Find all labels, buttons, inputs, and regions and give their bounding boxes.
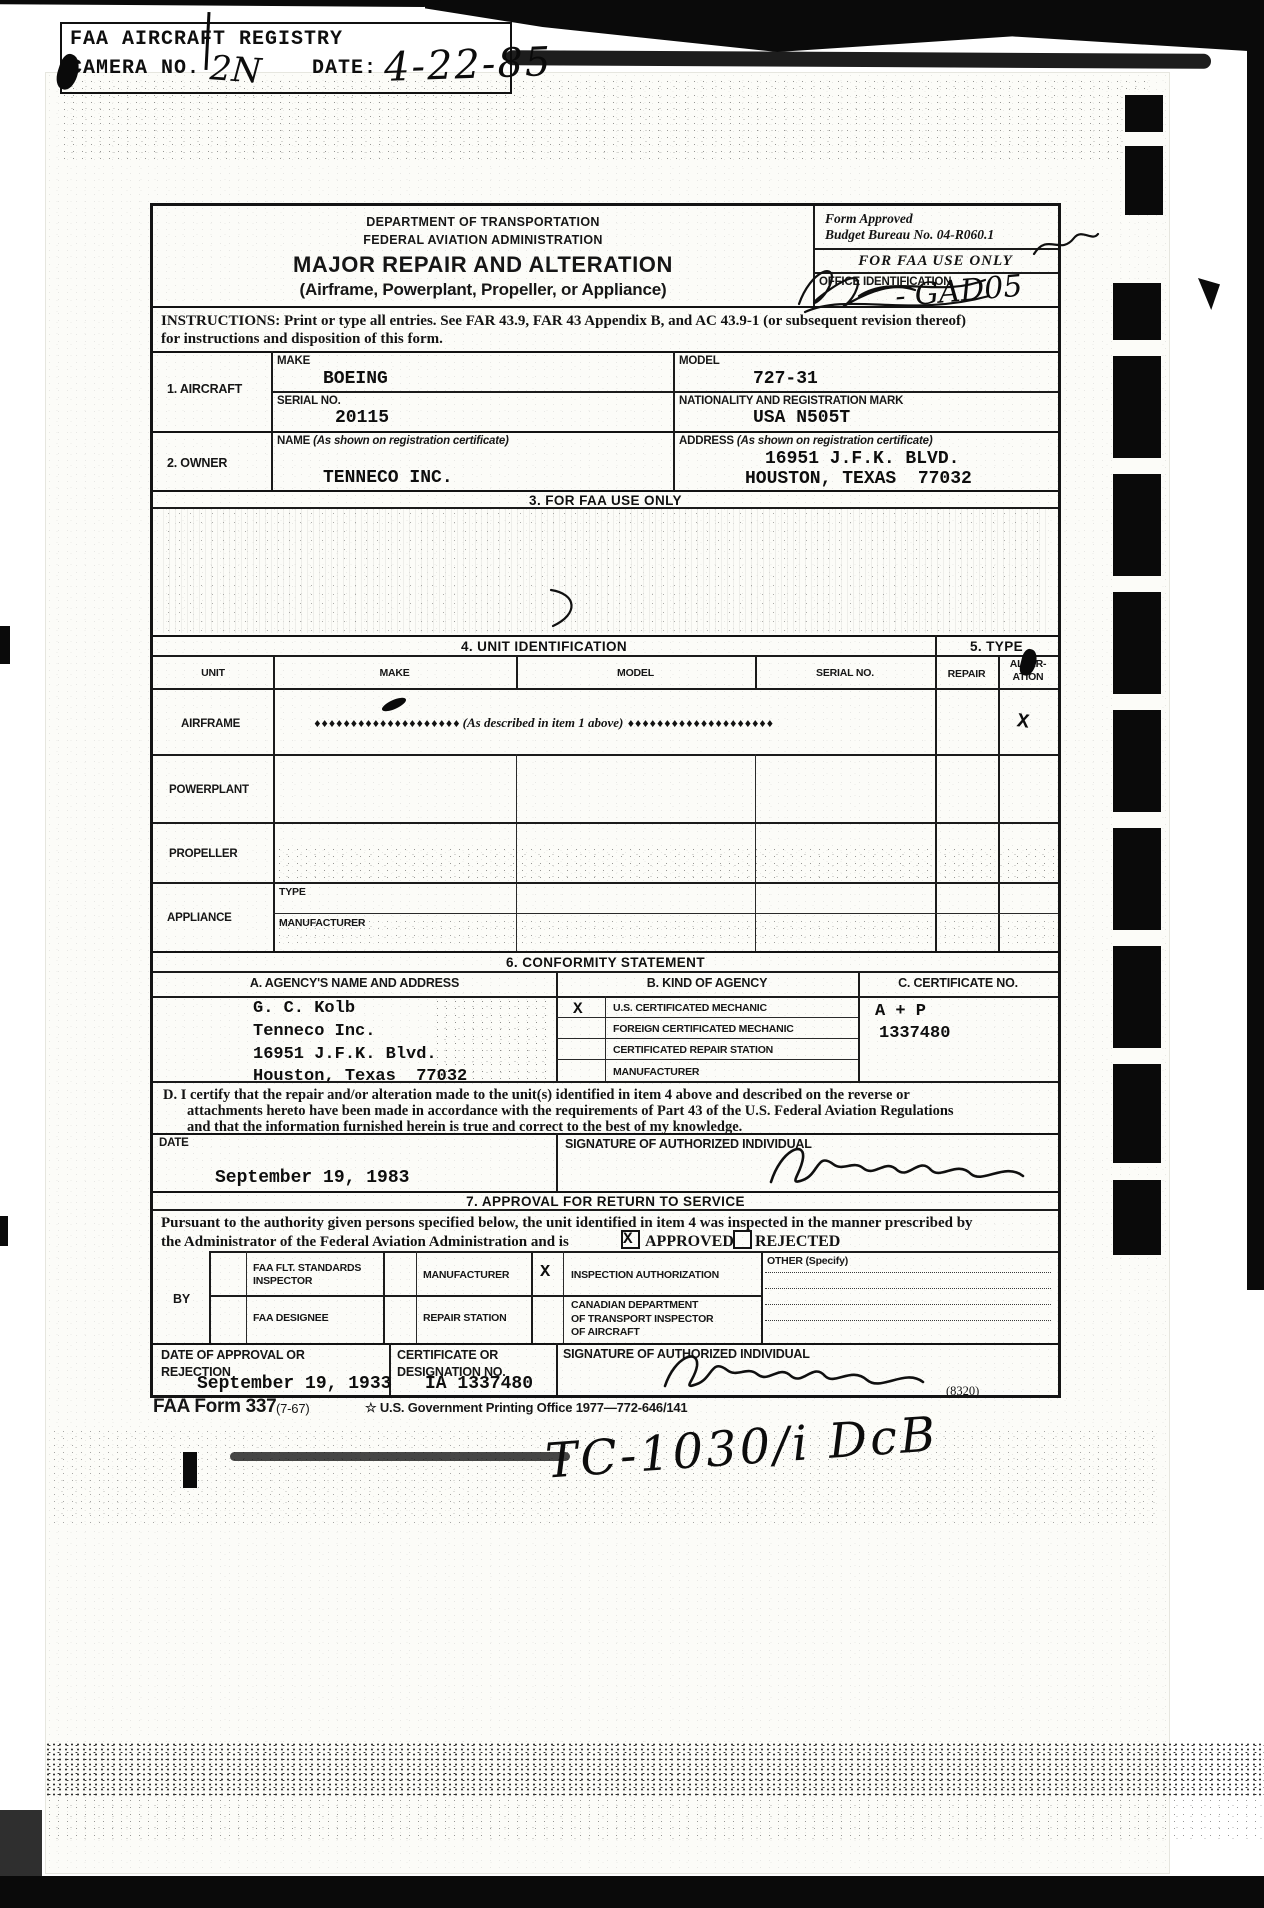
scan-artifact-i-mark (183, 1452, 197, 1488)
divider (153, 655, 1058, 657)
instructions-line2: for instructions and disposition of this… (161, 330, 443, 349)
kind-1-label: U.S. CERTIFICATED MECHANIC (613, 1002, 767, 1015)
owner-address-label: ADDRESS (As shown on registration certif… (679, 435, 932, 449)
section-5-banner: 5. TYPE (935, 639, 1058, 654)
instructions-line1: INSTRUCTIONS: Print or type all entries.… (161, 312, 966, 331)
scan-artifact-right-bar-low (1113, 1180, 1161, 1255)
section-1-label: 1. AIRCRAFT (167, 382, 242, 397)
airframe-fill-line: ♦♦♦♦♦♦♦♦♦♦♦♦♦♦♦♦♦♦♦♦ (As described in it… (273, 714, 813, 732)
divider (153, 688, 1058, 690)
other-dotted-line (765, 1320, 1051, 1321)
form-edition: (7-67) (276, 1401, 309, 1417)
divider (153, 306, 1058, 308)
divider (673, 431, 675, 490)
owner-address-line2: HOUSTON, TEXAS 77032 (745, 469, 972, 489)
scan-artifact-right-bar-top (1125, 95, 1163, 215)
scan-artifact-notch (1113, 694, 1161, 710)
by-label: BY (173, 1292, 190, 1307)
col-a-header: A. AGENCY'S NAME AND ADDRESS (153, 976, 556, 991)
col-c-header: C. CERTIFICATE NO. (858, 976, 1058, 991)
divider (556, 1059, 858, 1060)
by-r1-inspection-auth: INSPECTION AUTHORIZATION (571, 1269, 719, 1282)
divider (153, 882, 1058, 884)
divider (556, 971, 558, 1081)
scan-noise-band-low (45, 1797, 1264, 1842)
owner-name-label: NAME (As shown on registration certifica… (277, 435, 509, 449)
kind-2-label: FOREIGN CERTIFICATED MECHANIC (613, 1023, 794, 1036)
divider (209, 1251, 211, 1343)
by-r1-inspection-auth-x: X (540, 1263, 550, 1282)
appliance-type-label: TYPE (279, 886, 306, 899)
divider (858, 971, 860, 1081)
owner-name-note: (As shown on registration certificate) (313, 435, 509, 447)
serial-value: 20115 (335, 408, 389, 428)
form-approved-line2: Budget Bureau No. 04-R060.1 (825, 227, 994, 244)
scan-artifact-right-strip (1247, 50, 1264, 1290)
airframe-fill-left: ♦♦♦♦♦♦♦♦♦♦♦♦♦♦♦♦♦♦♦♦ (313, 719, 459, 730)
divider (153, 971, 1058, 973)
divider (556, 1133, 558, 1191)
approved-label: APPROVED (645, 1232, 734, 1252)
kind-3-label: CERTIFICATED REPAIR STATION (613, 1044, 773, 1057)
scan-artifact-dash-streak (230, 1452, 570, 1461)
airframe-fill-right: ♦♦♦♦♦♦♦♦♦♦♦♦♦♦♦♦♦♦♦♦ (627, 719, 773, 730)
divider (563, 1251, 564, 1343)
form-title: MAJOR REPAIR AND ALTERATION (153, 252, 813, 278)
section-2-label: 2. OWNER (167, 456, 227, 471)
col-model: MODEL (516, 667, 755, 680)
kind-4-label: MANUFACTURER (613, 1066, 699, 1079)
stamp-camera-value-handwritten: 2N (209, 48, 263, 91)
divider (531, 1251, 533, 1343)
agency-line-2: Tenneco Inc. (253, 1022, 375, 1041)
make-value: BOEING (323, 369, 388, 389)
row-powerplant-label: POWERPLANT (169, 784, 249, 798)
header-administration: FEDERAL AVIATION ADMINISTRATION (153, 233, 813, 248)
scan-artifact-notch (1113, 812, 1161, 828)
scan-artifact-notch (1113, 930, 1161, 946)
approval-signature (653, 1346, 933, 1398)
owner-name-value: TENNECO INC. (323, 468, 453, 488)
handwritten-flourish (1030, 228, 1102, 262)
by-r2-repair-station: REPAIR STATION (423, 1312, 507, 1325)
scan-artifact-bottom-band (0, 1876, 1264, 1908)
registration-value: USA N505T (753, 408, 850, 428)
section-7-banner: 7. APPROVAL FOR RETURN TO SERVICE (153, 1194, 1058, 1209)
registry-stamp: FAA AIRCRAFT REGISTRY CAMERA NO. 2N DATE… (60, 22, 512, 94)
scan-artifact-notch (1113, 340, 1161, 356)
by-r2-canadian-dept: CANADIAN DEPARTMENT OF TRANSPORT INSPECT… (571, 1299, 713, 1340)
divider (153, 754, 1058, 756)
divider (813, 248, 1058, 250)
divider (153, 1133, 1058, 1135)
divider (416, 1251, 417, 1343)
approval-date-value: September 19, 1933 (197, 1374, 391, 1394)
scan-noise-propeller-row (275, 846, 1055, 880)
divider (556, 1038, 858, 1039)
certificate-line-2: 1337480 (879, 1024, 950, 1043)
other-dotted-line (765, 1272, 1051, 1273)
row-propeller-label: PROPELLER (169, 848, 238, 862)
divider (153, 1343, 1058, 1345)
divider (246, 1251, 247, 1343)
pursuant-line1: Pursuant to the authority given persons … (161, 1214, 973, 1233)
rejected-label: REJECTED (755, 1232, 840, 1252)
stamp-date-label: DATE: (312, 57, 377, 80)
scanned-faa-form-337: FAA AIRCRAFT REGISTRY CAMERA NO. 2N DATE… (0, 0, 1264, 1908)
registration-label: NATIONALITY AND REGISTRATION MARK (679, 395, 903, 409)
agency-line-1: G. C. Kolb (253, 999, 355, 1018)
divider (153, 951, 1058, 953)
form-subtitle: (Airframe, Powerplant, Propeller, or App… (153, 280, 813, 300)
scan-artifact-sprocket-strip (1113, 283, 1161, 1163)
scan-artifact-left-tick-1 (0, 626, 10, 664)
stamp-camera-label: CAMERA NO. (70, 57, 200, 80)
other-dotted-line (765, 1288, 1051, 1289)
kind-1-mark: X (573, 1000, 583, 1018)
certificate-line-1: A + P (875, 1002, 926, 1021)
scan-noise-appliance-row (275, 918, 1055, 948)
approval-cert-value: IA 1337480 (425, 1374, 533, 1394)
scan-artifact-left-tick-2 (0, 1216, 8, 1246)
section-3-banner: 3. FOR FAA USE ONLY (153, 493, 1058, 508)
section-4-banner: 4. UNIT IDENTIFICATION (153, 639, 935, 654)
rejected-checkbox (733, 1230, 752, 1249)
airframe-described-text: (As described in item 1 above) (459, 715, 626, 730)
col-make: MAKE (273, 667, 516, 680)
divider (556, 1343, 558, 1395)
owner-address-label-text: ADDRESS (679, 435, 734, 447)
faa-form-number: FAA Form 337 (153, 1396, 276, 1419)
owner-name-label-text: NAME (277, 435, 310, 447)
scan-artifact-bottom-left (0, 1810, 42, 1876)
form-approved-line1: Form Approved (825, 211, 913, 228)
scan-artifact-top-line (0, 0, 442, 7)
by-r1-flt-standards: FAA FLT. STANDARDS INSPECTOR (253, 1262, 361, 1287)
divider (209, 1295, 761, 1297)
divider (761, 1251, 763, 1343)
by-r1-manufacturer: MANUFACTURER (423, 1269, 509, 1282)
make-label: MAKE (277, 355, 310, 369)
gpo-line: ☆ U.S. Government Printing Office 1977—7… (365, 1400, 687, 1416)
scan-artifact-notch (1113, 576, 1161, 592)
divider (273, 655, 275, 951)
footer-code: (8320) (946, 1384, 979, 1400)
airframe-alteration-x: X (1015, 710, 1030, 734)
divider (273, 913, 1058, 914)
col-serial: SERIAL NO. (755, 667, 935, 680)
divider (153, 351, 1058, 353)
model-label: MODEL (679, 355, 720, 369)
divider (153, 635, 1058, 637)
divider (153, 1209, 1058, 1211)
approved-checkbox-x: X (623, 1230, 633, 1248)
other-dotted-line (765, 1304, 1051, 1305)
owner-address-note: (As shown on registration certificate) (737, 435, 933, 447)
scan-noise-faa-box (163, 509, 1048, 633)
scan-noise-agency-col (433, 998, 553, 1080)
by-other-label: OTHER (Specify) (767, 1255, 848, 1268)
col-repair: REPAIR (935, 668, 998, 681)
divider (153, 822, 1058, 824)
divider (383, 1251, 385, 1343)
agency-line-3: 16951 J.F.K. Blvd. (253, 1045, 437, 1064)
scan-artifact-top-streak (505, 50, 1211, 69)
divider (153, 431, 1058, 433)
divider (209, 1251, 1058, 1253)
scan-noise-band-dense (45, 1742, 1264, 1797)
divider (153, 1081, 1058, 1083)
divider (271, 391, 1058, 393)
col-unit: UNIT (153, 667, 273, 680)
pursuant-line2: the Administrator of the Federal Aviatio… (161, 1233, 569, 1252)
section-6-banner: 6. CONFORMITY STATEMENT (153, 955, 1058, 970)
date-label: DATE (159, 1137, 189, 1151)
form-337: DEPARTMENT OF TRANSPORTATION FEDERAL AVI… (150, 203, 1061, 1398)
scan-curl-mark (543, 584, 583, 632)
row-appliance-label: APPLIANCE (167, 912, 232, 926)
model-value: 727-31 (753, 369, 818, 389)
divider (153, 490, 1058, 492)
divider (935, 635, 937, 951)
divider (153, 1191, 1058, 1193)
col-b-header: B. KIND OF AGENCY (556, 976, 858, 991)
serial-label: SERIAL NO. (277, 395, 341, 409)
scan-artifact-right-gap (1125, 132, 1163, 146)
divider (271, 351, 273, 490)
signature-authorized-individual (761, 1136, 1031, 1198)
scan-artifact-corner-mark (1198, 278, 1220, 310)
scan-artifact-notch (1113, 1048, 1161, 1064)
divider (998, 655, 1000, 951)
divider (556, 1017, 858, 1018)
by-r2-faa-designee: FAA DESIGNEE (253, 1312, 328, 1325)
scan-artifact-smudge (380, 695, 407, 714)
owner-address-line1: 16951 J.F.K. BLVD. (765, 449, 959, 469)
scan-artifact-notch (1113, 458, 1161, 474)
row-airframe-label: AIRFRAME (181, 718, 240, 732)
date-value: September 19, 1983 (215, 1168, 409, 1188)
header-department: DEPARTMENT OF TRANSPORTATION (153, 215, 813, 230)
